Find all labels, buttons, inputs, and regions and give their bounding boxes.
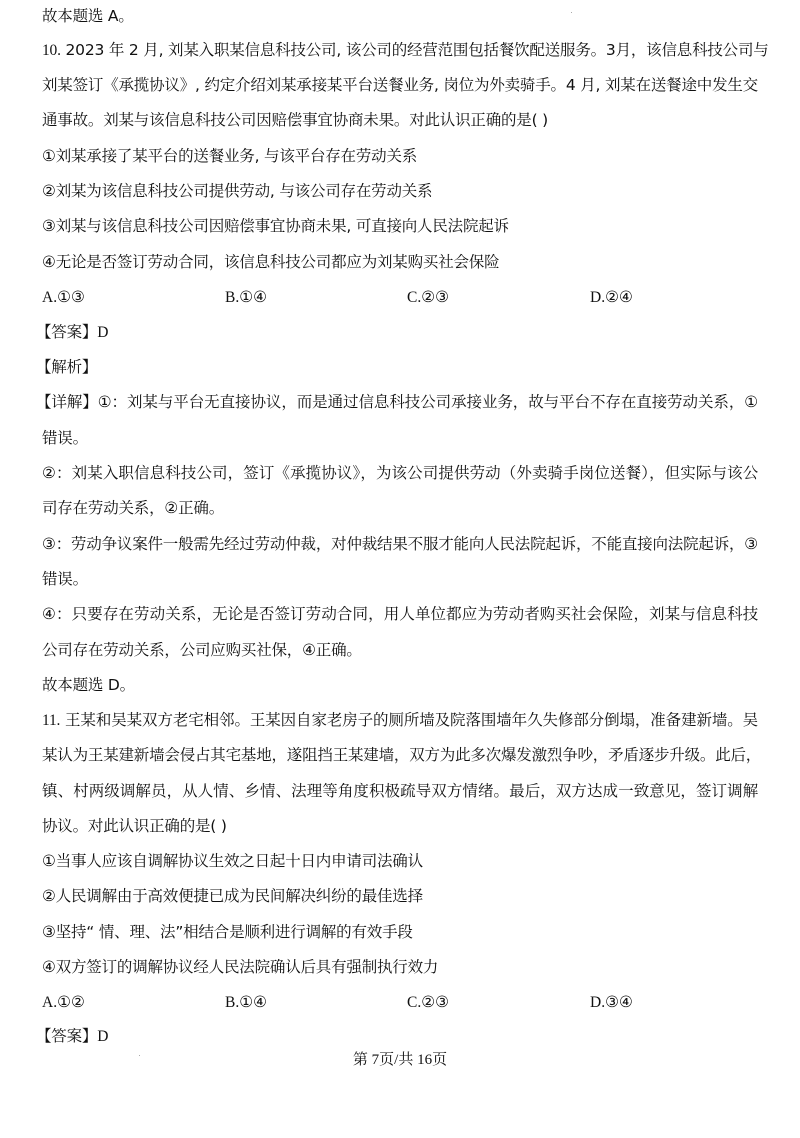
q11-stem-line-2: 某认为王某建新墙会侵占其宅基地，遂阻挡王某建墙，双方为此多次爆发激烈争吵，矛盾逐… (42, 745, 758, 765)
q10-statement-3: ③刘某与该信息科技公司因赔偿事宜协商未果, 可直接向人民法院起诉 (42, 216, 762, 236)
option-value: ②③ (421, 993, 449, 1011)
q10-stem-text-1: 2023 年 2 月, 刘某入职某信息科技公司, 该公司的经营范围包括餐饮配送服… (66, 41, 769, 59)
q11-statement-3: ③坚持“ 情、理、法”相结合是顺利进行调解的有效手段 (42, 922, 762, 942)
q10-statement-4: ④无论是否签订劳动合同，该信息科技公司都应为刘某购买社会保险 (42, 252, 762, 272)
q10-option-a: A.①③ (42, 287, 85, 308)
q10-detail-line-7: ④：只要存在劳动关系，无论是否签订劳动合同，用人单位都应为劳动者购买社会保险，刘… (42, 604, 758, 624)
q11-statement-1: ①当事人应该自调解协议生效之日起十日内申请司法确认 (42, 851, 762, 871)
q11-option-b: B.①④ (225, 992, 267, 1013)
q10-detail-line-2: 错误。 (42, 428, 762, 448)
q10-stem-line-1: 10. 2023 年 2 月, 刘某入职某信息科技公司, 该公司的经营范围包括餐… (42, 40, 758, 61)
q10-detail-line-1: 【详解】①：刘某与平台无直接协议，而是通过信息科技公司承接业务，故与平台不存在直… (36, 392, 758, 412)
answer-label: 【答案】 (36, 323, 97, 341)
q10-detail-line-4: 司存在劳动关系，②正确。 (42, 498, 762, 518)
q11-option-a: A.①② (42, 992, 85, 1013)
previous-conclusion: 故本题选 A。 (42, 6, 762, 26)
answer-value: D (97, 1028, 108, 1045)
q11-stem-line-4: 协议。对此认识正确的是( ) (42, 816, 762, 836)
option-value: ①③ (57, 288, 85, 306)
option-value: ①④ (239, 288, 267, 306)
option-key: A. (42, 994, 57, 1011)
q10-detail-line-6: 错误。 (42, 569, 762, 589)
option-key: B. (225, 994, 239, 1011)
q11-stem-text-1: 王某和吴某双方老宅相邻。王某因自家老房子的厕所墙及院落围墙年久失修部分倒塌，准备… (65, 711, 758, 729)
q11-statement-2: ②人民调解由于高效便捷已成为民间解决纠纷的最佳选择 (42, 886, 762, 906)
answer-label: 【答案】 (36, 1027, 97, 1045)
scan-speck (571, 12, 572, 13)
option-value: ③④ (605, 993, 633, 1011)
q10-statement-2: ②刘某为该信息科技公司提供劳动, 与该公司存在劳动关系 (42, 181, 762, 201)
option-value: ①④ (239, 993, 267, 1011)
q10-conclusion: 故本题选 D。 (42, 675, 762, 695)
document-page: 故本题选 A。 10. 2023 年 2 月, 刘某入职某信息科技公司, 该公司… (0, 0, 800, 1138)
option-key: A. (42, 289, 57, 306)
q10-answer: 【答案】D (36, 322, 756, 343)
q10-analysis-label: 【解析】 (36, 357, 756, 377)
option-key: D. (590, 994, 605, 1011)
option-key: C. (407, 994, 421, 1011)
q10-detail-line-8: 公司存在劳动关系，公司应购买社保，④正确。 (42, 640, 762, 660)
option-key: B. (225, 289, 239, 306)
page-footer: 第 7页/共 16页 (0, 1050, 800, 1070)
q10-option-b: B.①④ (225, 287, 267, 308)
option-key: C. (407, 289, 421, 306)
q11-statement-4: ④双方签订的调解协议经人民法院确认后具有强制执行效力 (42, 957, 762, 977)
scan-speck (139, 1055, 140, 1056)
q11-number: 11. (42, 712, 60, 729)
answer-value: D (97, 324, 108, 341)
q11-option-c: C.②③ (407, 992, 449, 1013)
q11-stem-line-3: 镇、村两级调解员，从人情、乡情、法理等角度积极疏导双方情绪。最后，双方达成一致意… (42, 781, 758, 801)
q10-option-c: C.②③ (407, 287, 449, 308)
option-value: ①② (57, 993, 85, 1011)
option-value: ②③ (421, 288, 449, 306)
option-key: D. (590, 289, 605, 306)
q10-options: A.①③ B.①④ C.②③ D.②④ (42, 287, 762, 307)
q10-detail-line-3: ②：刘某入职信息科技公司，签订《承揽协议》，为该公司提供劳动（外卖骑手岗位送餐）… (42, 463, 758, 483)
q10-stem-line-2: 刘某签订《承揽协议》, 约定介绍刘某承接某平台送餐业务, 岗位为外卖骑手。4 月… (42, 75, 758, 95)
q10-stem-line-3: 通事故。刘某与该信息科技公司因赔偿事宜协商未果。对此认识正确的是( ) (42, 110, 762, 130)
q11-options: A.①② B.①④ C.②③ D.③④ (42, 992, 762, 1012)
q11-option-d: D.③④ (590, 992, 633, 1013)
option-value: ②④ (605, 288, 633, 306)
q11-answer: 【答案】D (36, 1026, 756, 1047)
q10-statement-1: ①刘某承接了某平台的送餐业务, 与该平台存在劳动关系 (42, 146, 762, 166)
q10-option-d: D.②④ (590, 287, 633, 308)
q10-detail-line-5: ③：劳动争议案件一般需先经过劳动仲裁，对仲裁结果不服才能向人民法院起诉，不能直接… (42, 534, 758, 554)
q10-number: 10. (42, 42, 61, 59)
q11-stem-line-1: 11. 王某和吴某双方老宅相邻。王某因自家老房子的厕所墙及院落围墙年久失修部分倒… (42, 710, 758, 731)
